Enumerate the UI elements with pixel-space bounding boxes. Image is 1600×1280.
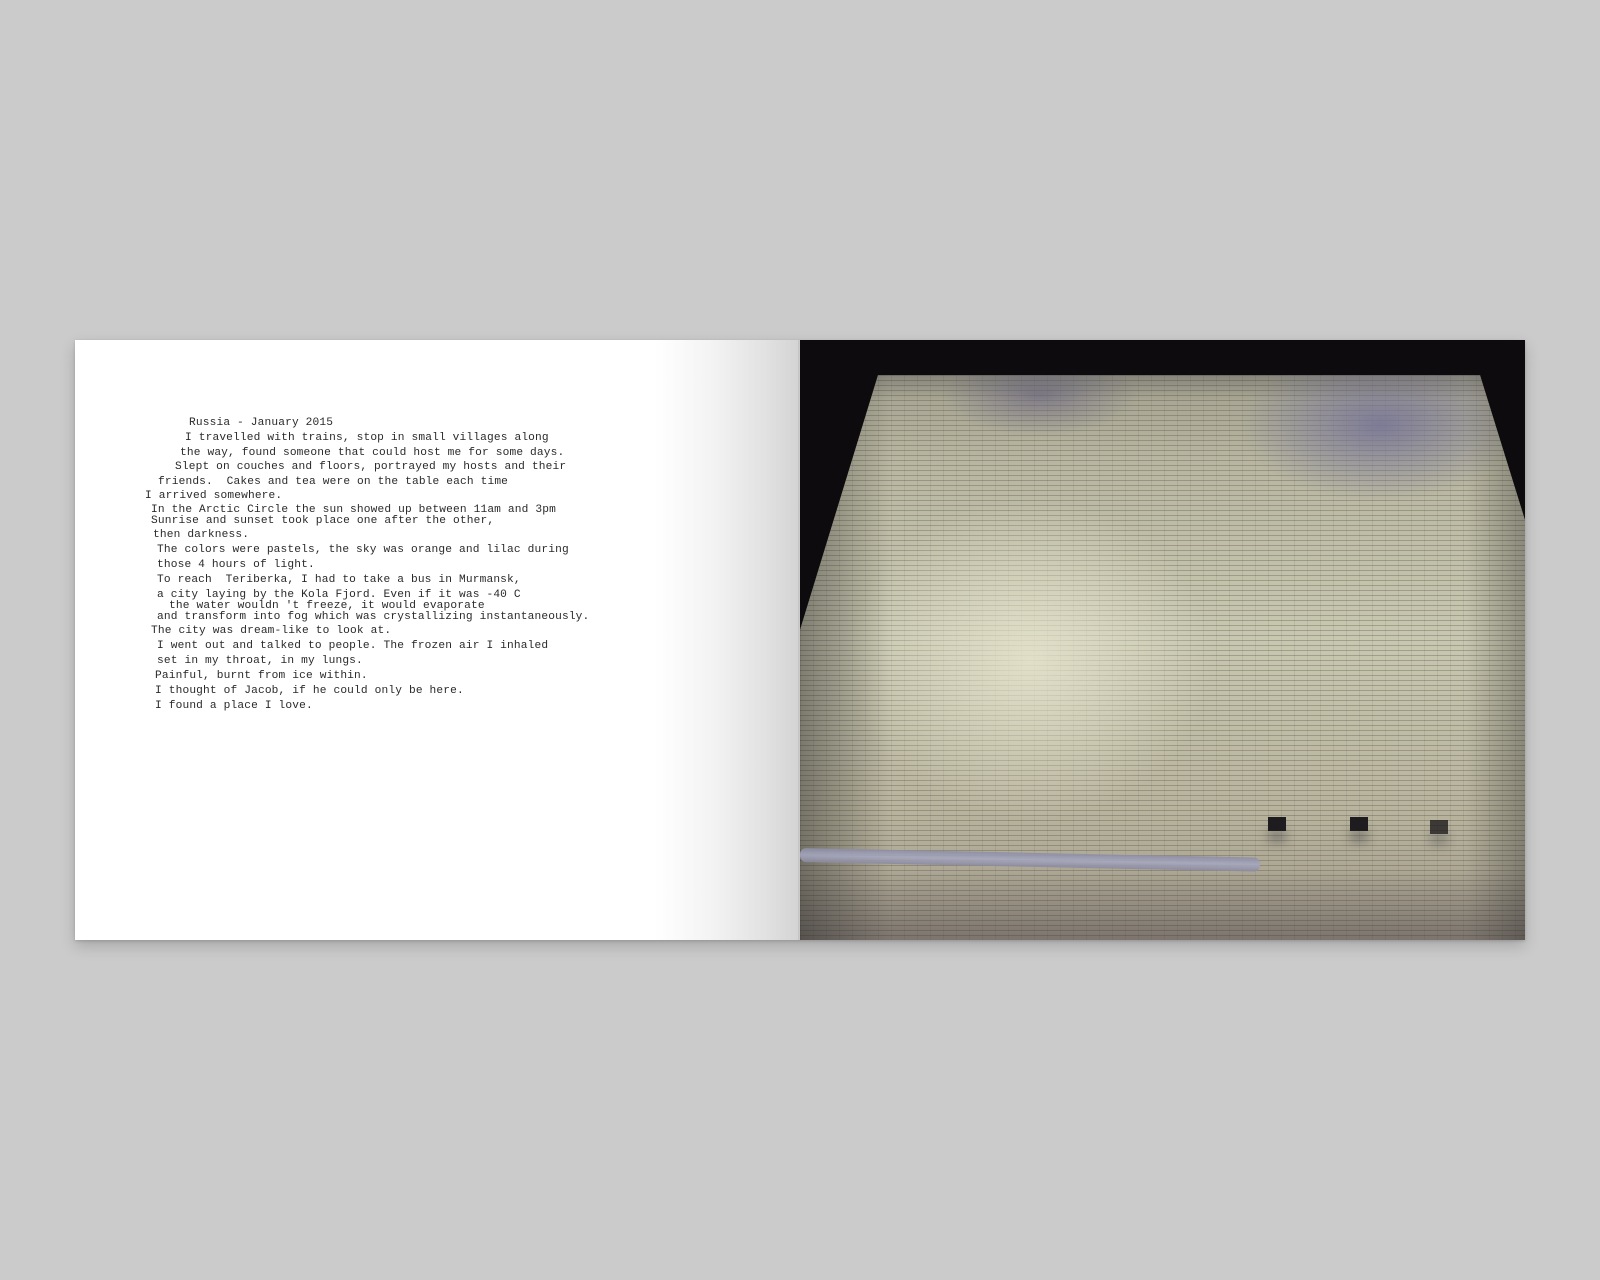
text-line: and transform into fog which was crystal… — [157, 610, 589, 624]
wall-vent-2 — [1350, 817, 1368, 831]
text-line: I arrived somewhere. — [145, 489, 282, 503]
text-line: The colors were pastels, the sky was ora… — [157, 543, 569, 557]
text-line: Slept on couches and floors, portrayed m… — [175, 460, 566, 474]
text-line: I travelled with trains, stop in small v… — [185, 431, 549, 445]
text-line: Painful, burnt from ice within. — [155, 669, 368, 683]
text-line: I found a place I love. — [155, 699, 313, 713]
text-line: Sunrise and sunset took place one after … — [151, 514, 494, 528]
text-line: I went out and talked to people. The fro… — [157, 639, 548, 653]
text-line: those 4 hours of light. — [157, 558, 315, 572]
text-line: The city was dream-like to look at. — [151, 624, 391, 638]
text-line: then darkness. — [153, 528, 249, 542]
wall-vent-3 — [1430, 820, 1448, 834]
text-line: To reach Teriberka, I had to take a bus … — [157, 573, 521, 587]
text-heading: Russia - January 2015 — [189, 416, 333, 430]
right-page-photo — [800, 340, 1525, 940]
text-line: friends. Cakes and tea were on the table… — [158, 475, 508, 489]
book-gutter — [798, 340, 802, 940]
book-spread: Russia - January 2015 I travelled with t… — [75, 340, 1525, 940]
text-line: I thought of Jacob, if he could only be … — [155, 684, 464, 698]
left-page: Russia - January 2015 I travelled with t… — [75, 340, 800, 940]
text-line: the way, found someone that could host m… — [180, 446, 564, 460]
wall-vent-1 — [1268, 817, 1286, 831]
text-line: set in my throat, in my lungs. — [157, 654, 363, 668]
